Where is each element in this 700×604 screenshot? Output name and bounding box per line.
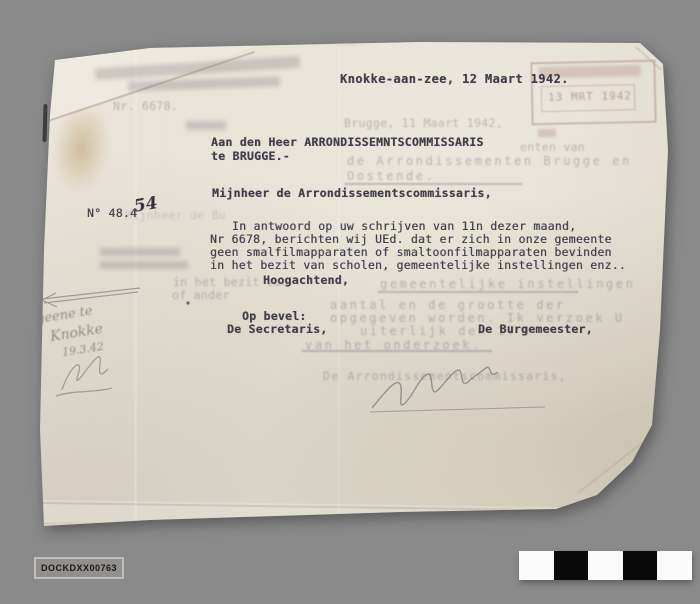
letterhead-smudge (186, 121, 226, 130)
photographic-scale-bar (519, 551, 692, 580)
ghost-text-smudge (100, 261, 188, 269)
catalog-label-text: DOCKDXX00763 (41, 563, 117, 573)
ghost-text-fragment: gemeentelijke instellingen (380, 277, 635, 291)
addressee-line-1: Aan den Heer ARRONDISSEMNTSCOMMISSARIS (211, 135, 484, 149)
ghost-text-fragment: Mijnheer de Bu (125, 208, 226, 222)
stamp-date-box: 13 MRT 1942 (541, 84, 636, 112)
scale-square (623, 551, 658, 580)
scanned-document-photo: 13 MRT 1942 Nr. 6678. Knokke-aan-zee, 12… (0, 0, 700, 604)
stamp-date: 13 MRT 1942 (548, 89, 632, 104)
ghost-underline (378, 291, 578, 293)
scale-square (554, 551, 589, 580)
op-bevel-line: Op bevel: (242, 309, 307, 323)
ghost-commissaris-line: De Arrondissementscommissaris, (323, 369, 567, 383)
ghost-text-fragment: of ander (172, 288, 230, 302)
burgemeester-line: De Burgemeester, (478, 322, 593, 336)
ghost-date-line: Brugge, 11 Maart 1942, (344, 116, 503, 130)
salutation-line: Mijnheer de Arrondissementscommissaris, (212, 186, 492, 200)
addressee-line-2: te BRUGGE.- (211, 149, 290, 163)
ghost-text-fragment: de Arrondissementen Brugge en (347, 154, 632, 168)
paper-fold-strip (40, 500, 640, 530)
body-line-2: Nr 6678, berichten wij UEd. dat er zich … (210, 232, 612, 246)
stamp-text-smudge (538, 129, 556, 137)
ghost-underline (344, 183, 522, 185)
date-line: Knokke-aan-zee, 12 Maart 1942. (340, 72, 569, 86)
ghost-underline (302, 350, 492, 352)
catalog-label: DOCKDXX00763 (34, 557, 124, 579)
body-line-3: geen smalfilmapparaten of smaltoonfilmap… (210, 245, 612, 259)
paper-tab (336, 34, 356, 47)
ink-stain (46, 106, 115, 198)
ghost-ref-number: Nr. 6678. (113, 99, 178, 113)
body-line-1: In antwoord op uw schrijven van 11n deze… (232, 219, 576, 233)
ghost-text-fragment: aantal en de grootte der (330, 298, 566, 312)
paper-crease (578, 400, 697, 494)
scale-square (657, 551, 692, 580)
ghost-text-fragment: in het bezit van (173, 275, 289, 289)
body-line-4: in het bezit van scholen, gemeentelijke … (210, 258, 626, 272)
received-date-stamp: 13 MRT 1942 (530, 60, 656, 126)
secretaris-line: De Secretaris, (227, 322, 327, 336)
scale-square (519, 551, 554, 580)
ghost-text-fragment: enten van (520, 140, 585, 154)
ghost-text-fragment: Oostende. (347, 169, 435, 183)
scale-square (588, 551, 623, 580)
ghost-text-smudge (100, 248, 180, 256)
